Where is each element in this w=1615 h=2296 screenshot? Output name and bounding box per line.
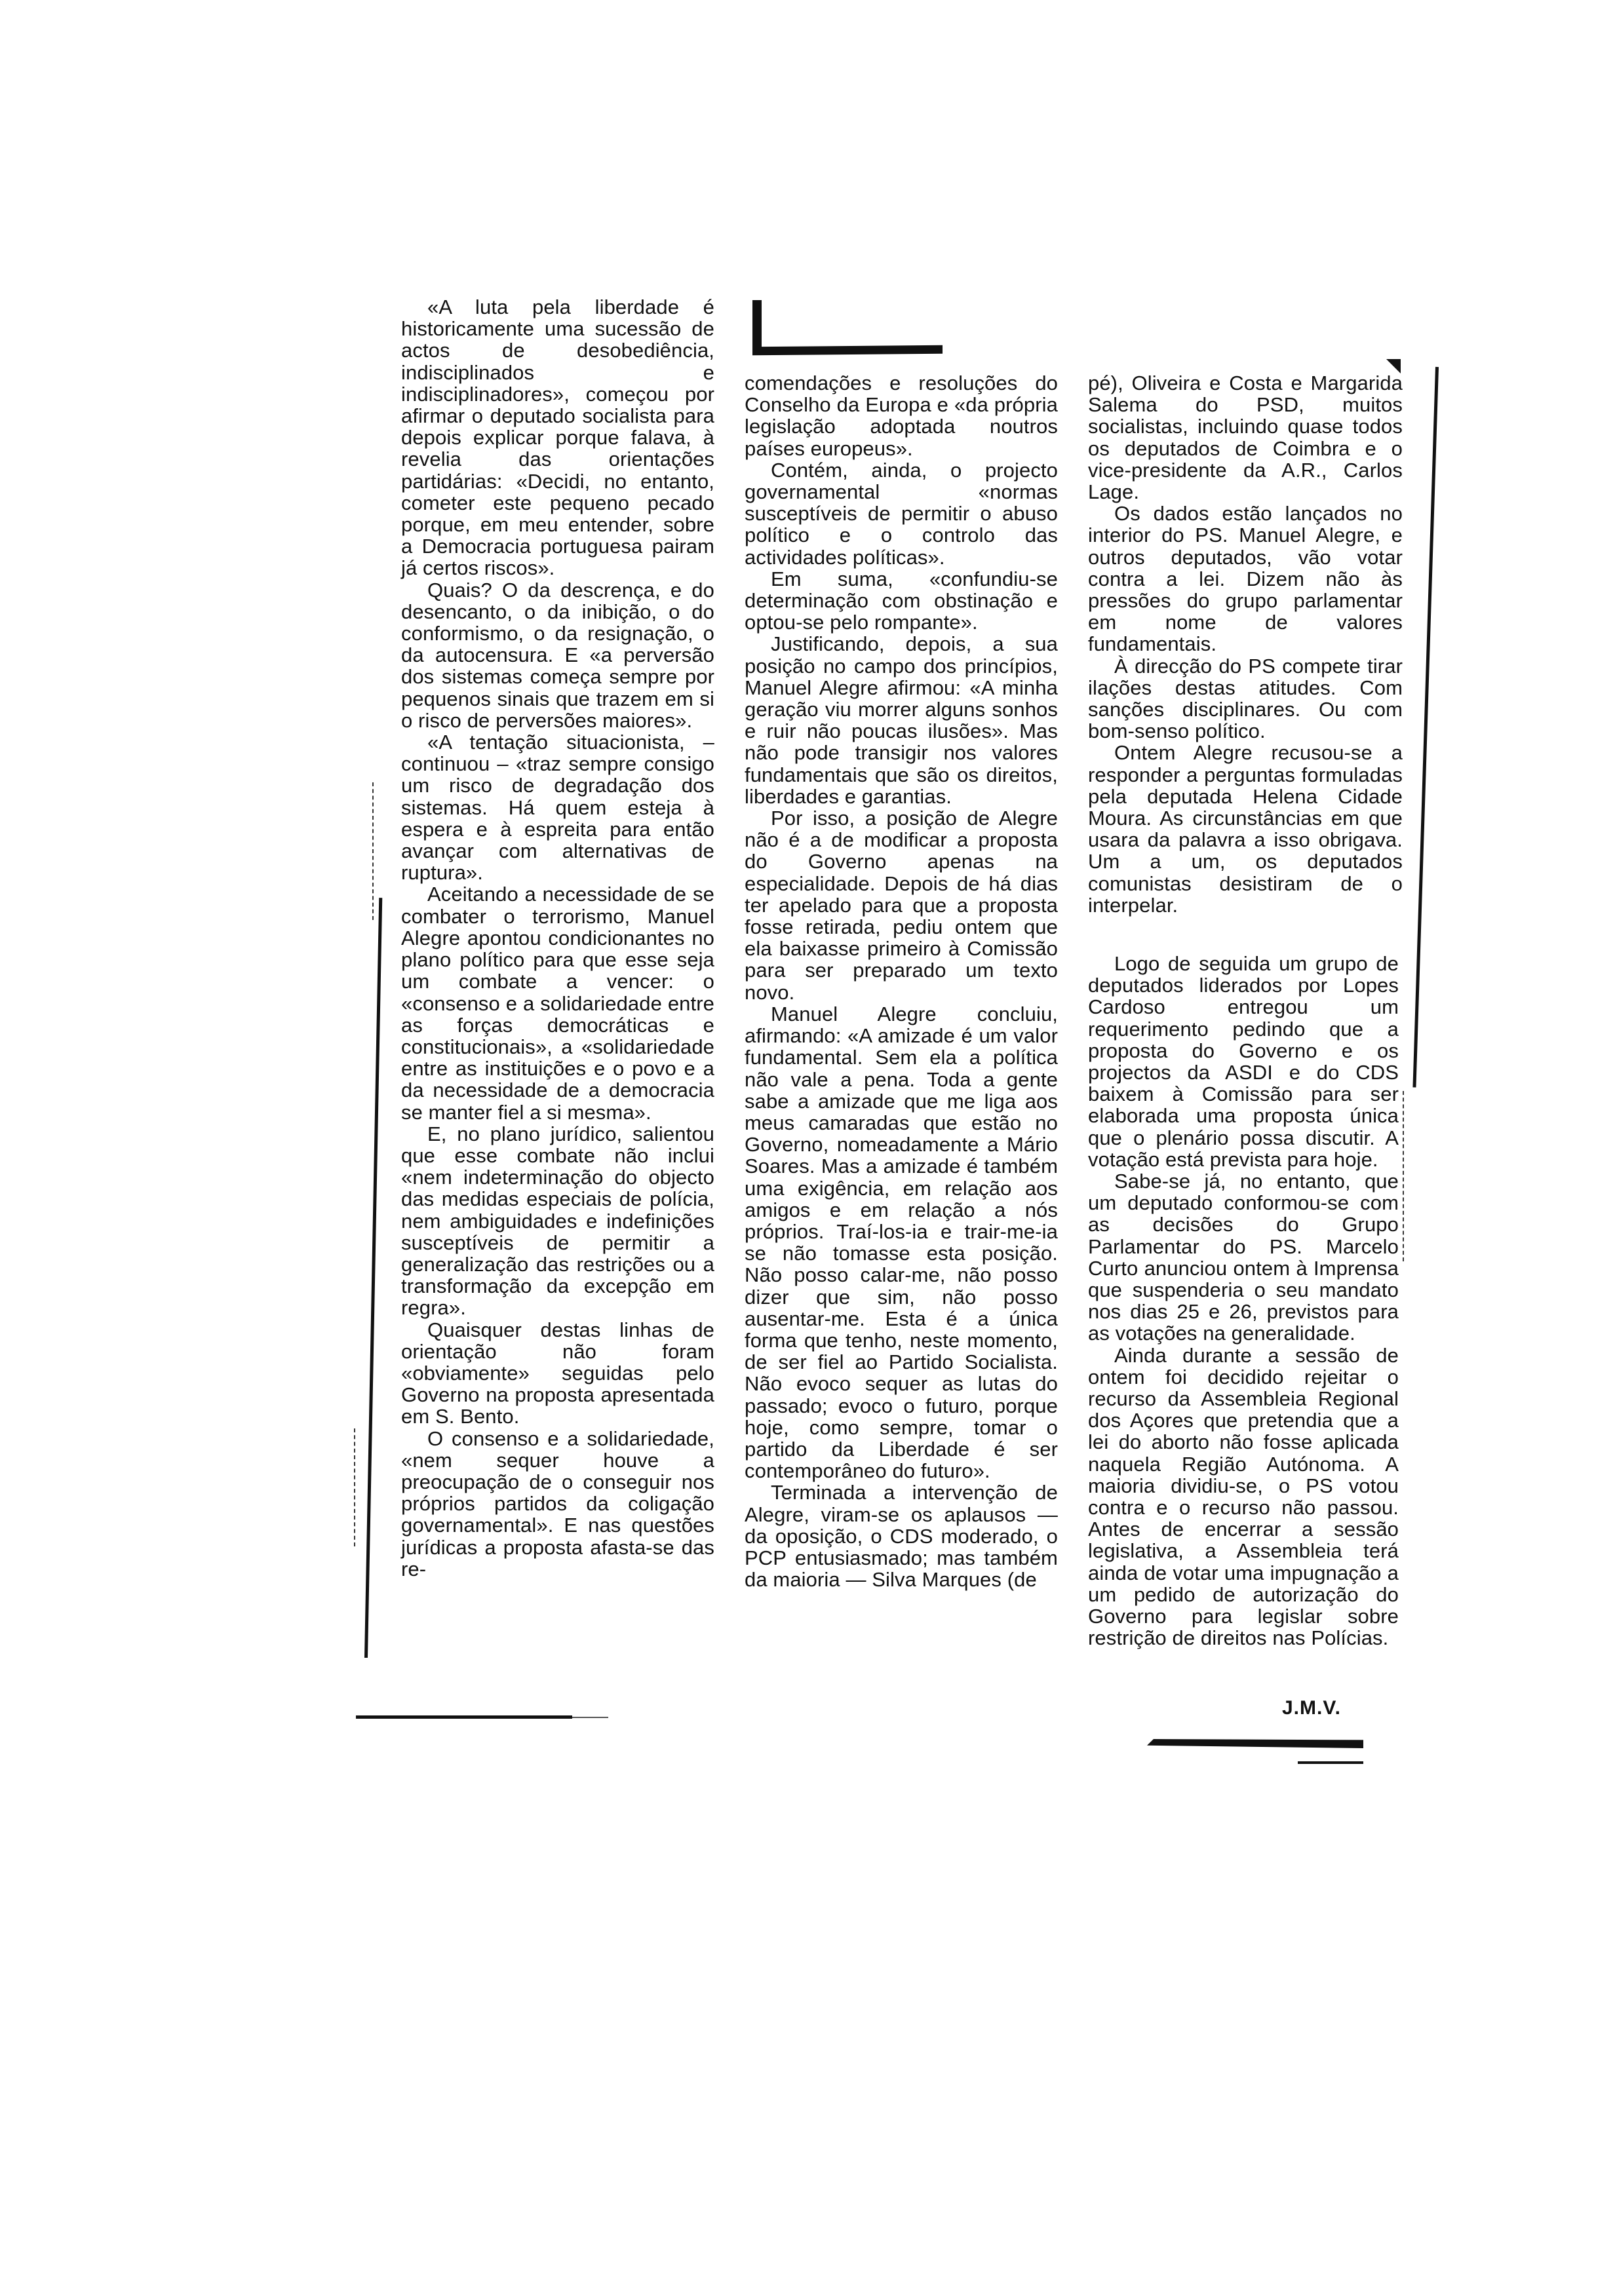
paragraph: Aceitando a necessidade de se combater o… [401, 883, 714, 1122]
article-column-3-bottom: Logo de seguida um grupo de deputados li… [1088, 953, 1399, 1649]
paragraph: O consenso e a solidariedade, «nem seque… [401, 1428, 714, 1580]
paragraph: «A tentação situacionista, – continuou –… [401, 731, 714, 883]
drop-l-ornament-horizontal [752, 345, 943, 356]
paragraph: Terminada a intervenção de Alegre, viram… [745, 1482, 1058, 1590]
article-column-1: «A luta pela liberdade é historicamente … [401, 296, 714, 1580]
paragraph: Quais? O da descrença, e do desencanto, … [401, 579, 714, 731]
left-frame-rule [364, 898, 382, 1658]
right-frame-rule [1412, 367, 1439, 1088]
article-column-3-top: pé), Oliveira e Costa e Margarida Salema… [1088, 372, 1403, 916]
paragraph: Por isso, a posição de Alegre não é a de… [745, 807, 1058, 1003]
author-signature: J.M.V. [1282, 1697, 1341, 1719]
paragraph: Em suma, «confundiu-se determinação com … [745, 568, 1058, 634]
newspaper-clipping: «A luta pela liberdade é historicamente … [0, 0, 1615, 2296]
paragraph: Ainda durante a sessão de ontem foi deci… [1088, 1345, 1399, 1649]
left-dashed-rule [372, 782, 375, 920]
paragraph: Ontem Alegre recusou-se a responder a pe… [1088, 742, 1403, 916]
paragraph: Justificando, depois, a sua posição no c… [745, 633, 1058, 807]
paragraph: «A luta pela liberdade é historicamente … [401, 296, 714, 579]
bottom-rule-left [356, 1715, 572, 1719]
left-dashed-rule-lower [354, 1428, 357, 1546]
paragraph: comendações e resoluções do Conselho da … [745, 372, 1058, 459]
article-column-2: comendações e resoluções do Conselho da … [745, 372, 1058, 1590]
drop-l-ornament-vertical [752, 300, 762, 353]
paragraph: À direcção do PS compete tirar ilações d… [1088, 655, 1403, 742]
paragraph: Quaisquer destas linhas de orientação nã… [401, 1319, 714, 1428]
right-dashed-rule [1403, 1091, 1405, 1261]
paragraph: E, no plano jurídico, salientou que esse… [401, 1123, 714, 1319]
paragraph: Os dados estão lançados no interior do P… [1088, 503, 1403, 655]
bottom-rule-left-faint [572, 1717, 608, 1718]
paragraph: Sabe-se já, no entanto, que um deputado … [1088, 1170, 1399, 1345]
paragraph: pé), Oliveira e Costa e Margarida Salema… [1088, 372, 1403, 503]
bottom-rule-right [1147, 1739, 1363, 1748]
paragraph: Contém, ainda, o projecto governamental … [745, 459, 1058, 568]
paragraph: Manuel Alegre concluiu, afirmando: «A am… [745, 1003, 1058, 1482]
paragraph: Logo de seguida um grupo de deputados li… [1088, 953, 1399, 1170]
bottom-rule-right-thin [1298, 1761, 1363, 1764]
